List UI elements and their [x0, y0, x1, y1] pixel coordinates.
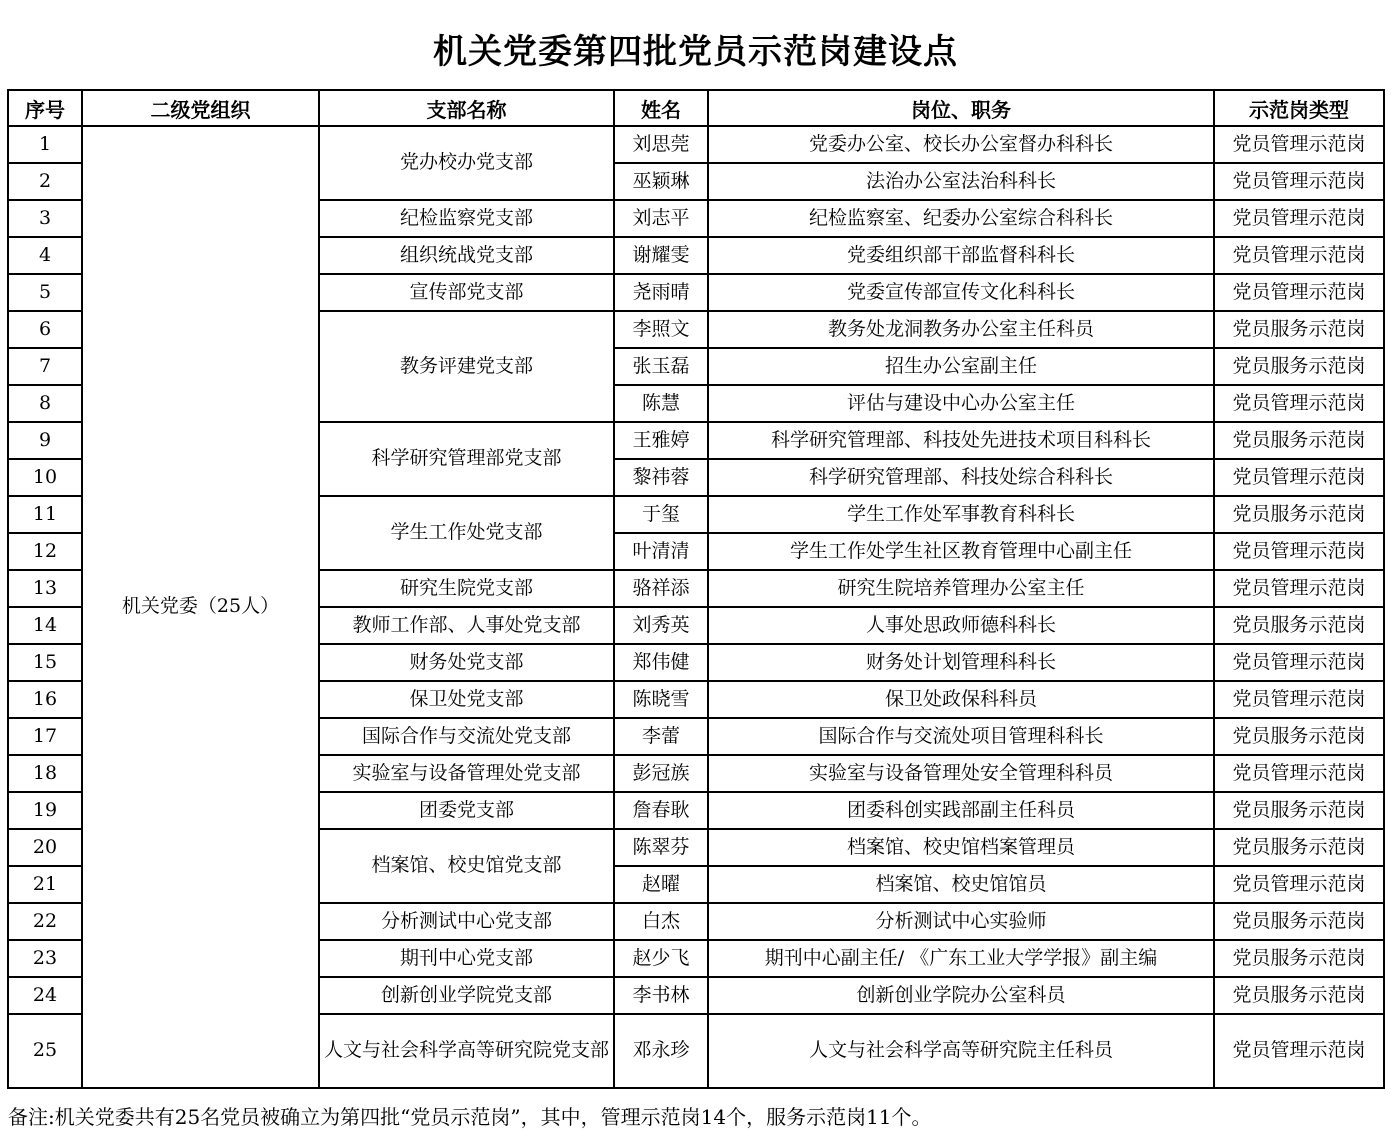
name-cell: 王雅婷: [614, 422, 708, 459]
name-cell: 于玺: [614, 496, 708, 533]
serial-cell: 5: [8, 274, 82, 311]
col-header-org: 二级党组织: [82, 90, 319, 126]
col-header-serial: 序号: [8, 90, 82, 126]
post-type-cell: 党员管理示范岗: [1214, 385, 1384, 422]
name-cell: 陈慧: [614, 385, 708, 422]
col-header-post-type: 示范岗类型: [1214, 90, 1384, 126]
serial-cell: 7: [8, 348, 82, 385]
position-cell: 实验室与设备管理处安全管理科科员: [708, 755, 1214, 792]
serial-cell: 10: [8, 459, 82, 496]
table-body: 1机关党委（25人）党办校办党支部刘思莞党委办公室、校长办公室督办科科长党员管理…: [8, 126, 1384, 1088]
post-type-cell: 党员服务示范岗: [1214, 496, 1384, 533]
position-cell: 档案馆、校史馆档案管理员: [708, 829, 1214, 866]
name-cell: 李蕾: [614, 718, 708, 755]
serial-cell: 12: [8, 533, 82, 570]
post-type-cell: 党员管理示范岗: [1214, 570, 1384, 607]
org-cell: 机关党委（25人）: [82, 126, 319, 1088]
position-cell: 学生工作处学生社区教育管理中心副主任: [708, 533, 1214, 570]
post-type-cell: 党员服务示范岗: [1214, 940, 1384, 977]
position-cell: 纪检监察室、纪委办公室综合科科长: [708, 200, 1214, 237]
serial-cell: 20: [8, 829, 82, 866]
position-cell: 评估与建设中心办公室主任: [708, 385, 1214, 422]
serial-cell: 6: [8, 311, 82, 348]
table-row: 1机关党委（25人）党办校办党支部刘思莞党委办公室、校长办公室督办科科长党员管理…: [8, 126, 1384, 163]
post-type-cell: 党员管理示范岗: [1214, 274, 1384, 311]
branch-cell: 国际合作与交流处党支部: [319, 718, 614, 755]
position-cell: 财务处计划管理科科长: [708, 644, 1214, 681]
name-cell: 李书林: [614, 977, 708, 1014]
serial-cell: 8: [8, 385, 82, 422]
post-type-cell: 党员服务示范岗: [1214, 977, 1384, 1014]
serial-cell: 15: [8, 644, 82, 681]
serial-cell: 9: [8, 422, 82, 459]
post-type-cell: 党员管理示范岗: [1214, 533, 1384, 570]
position-cell: 党委宣传部宣传文化科科长: [708, 274, 1214, 311]
branch-cell: 团委党支部: [319, 792, 614, 829]
name-cell: 赵少飞: [614, 940, 708, 977]
page-title: 机关党委第四批党员示范岗建设点: [7, 0, 1384, 89]
position-cell: 人事处思政师德科科长: [708, 607, 1214, 644]
name-cell: 黎祎蓉: [614, 459, 708, 496]
demonstration-posts-table: 序号 二级党组织 支部名称 姓名 岗位、职务 示范岗类型 1机关党委（25人）党…: [7, 89, 1385, 1089]
serial-cell: 24: [8, 977, 82, 1014]
position-cell: 党委办公室、校长办公室督办科科长: [708, 126, 1214, 163]
name-cell: 赵曜: [614, 866, 708, 903]
branch-cell: 期刊中心党支部: [319, 940, 614, 977]
serial-cell: 25: [8, 1014, 82, 1088]
position-cell: 研究生院培养管理办公室主任: [708, 570, 1214, 607]
branch-cell: 教师工作部、人事处党支部: [319, 607, 614, 644]
position-cell: 法治办公室法治科科长: [708, 163, 1214, 200]
post-type-cell: 党员管理示范岗: [1214, 459, 1384, 496]
post-type-cell: 党员服务示范岗: [1214, 718, 1384, 755]
branch-cell: 科学研究管理部党支部: [319, 422, 614, 496]
position-cell: 保卫处政保科科员: [708, 681, 1214, 718]
document-page: 机关党委第四批党员示范岗建设点 序号 二级党组织 支部名称 姓名 岗位、职务 示…: [0, 0, 1391, 1114]
post-type-cell: 党员服务示范岗: [1214, 792, 1384, 829]
branch-cell: 保卫处党支部: [319, 681, 614, 718]
post-type-cell: 党员管理示范岗: [1214, 237, 1384, 274]
serial-cell: 17: [8, 718, 82, 755]
branch-cell: 财务处党支部: [319, 644, 614, 681]
post-type-cell: 党员管理示范岗: [1214, 644, 1384, 681]
name-cell: 巫颖琳: [614, 163, 708, 200]
position-cell: 学生工作处军事教育科科长: [708, 496, 1214, 533]
serial-cell: 4: [8, 237, 82, 274]
post-type-cell: 党员服务示范岗: [1214, 903, 1384, 940]
position-cell: 档案馆、校史馆馆员: [708, 866, 1214, 903]
position-cell: 分析测试中心实验师: [708, 903, 1214, 940]
position-cell: 期刊中心副主任/ 《广东工业大学学报》副主编: [708, 940, 1214, 977]
name-cell: 李照文: [614, 311, 708, 348]
name-cell: 陈晓雪: [614, 681, 708, 718]
branch-cell: 研究生院党支部: [319, 570, 614, 607]
name-cell: 刘秀英: [614, 607, 708, 644]
serial-cell: 14: [8, 607, 82, 644]
position-cell: 科学研究管理部、科技处综合科科长: [708, 459, 1214, 496]
footnote: 备注:机关党委共有25名党员被确立为第四批“党员示范岗”，其中，管理示范岗14个…: [7, 1089, 1384, 1130]
serial-cell: 18: [8, 755, 82, 792]
position-cell: 教务处龙洞教务办公室主任科员: [708, 311, 1214, 348]
branch-cell: 纪检监察党支部: [319, 200, 614, 237]
serial-cell: 21: [8, 866, 82, 903]
name-cell: 白杰: [614, 903, 708, 940]
position-cell: 科学研究管理部、科技处先进技术项目科科长: [708, 422, 1214, 459]
col-header-position: 岗位、职务: [708, 90, 1214, 126]
branch-cell: 党办校办党支部: [319, 126, 614, 200]
name-cell: 刘思莞: [614, 126, 708, 163]
post-type-cell: 党员服务示范岗: [1214, 422, 1384, 459]
branch-cell: 创新创业学院党支部: [319, 977, 614, 1014]
post-type-cell: 党员管理示范岗: [1214, 200, 1384, 237]
post-type-cell: 党员服务示范岗: [1214, 607, 1384, 644]
serial-cell: 11: [8, 496, 82, 533]
name-cell: 陈翠芬: [614, 829, 708, 866]
position-cell: 招生办公室副主任: [708, 348, 1214, 385]
name-cell: 叶清清: [614, 533, 708, 570]
name-cell: 彭冠族: [614, 755, 708, 792]
col-header-name: 姓名: [614, 90, 708, 126]
position-cell: 创新创业学院办公室科员: [708, 977, 1214, 1014]
serial-cell: 1: [8, 126, 82, 163]
post-type-cell: 党员服务示范岗: [1214, 348, 1384, 385]
post-type-cell: 党员服务示范岗: [1214, 829, 1384, 866]
name-cell: 邓永珍: [614, 1014, 708, 1088]
post-type-cell: 党员管理示范岗: [1214, 126, 1384, 163]
serial-cell: 13: [8, 570, 82, 607]
position-cell: 人文与社会科学高等研究院主任科员: [708, 1014, 1214, 1088]
post-type-cell: 党员管理示范岗: [1214, 163, 1384, 200]
header-row: 序号 二级党组织 支部名称 姓名 岗位、职务 示范岗类型: [8, 90, 1384, 126]
name-cell: 骆祥添: [614, 570, 708, 607]
branch-cell: 组织统战党支部: [319, 237, 614, 274]
serial-cell: 3: [8, 200, 82, 237]
branch-cell: 宣传部党支部: [319, 274, 614, 311]
serial-cell: 22: [8, 903, 82, 940]
position-cell: 团委科创实践部副主任科员: [708, 792, 1214, 829]
branch-cell: 档案馆、校史馆党支部: [319, 829, 614, 903]
post-type-cell: 党员管理示范岗: [1214, 1014, 1384, 1088]
name-cell: 尧雨晴: [614, 274, 708, 311]
branch-cell: 人文与社会科学高等研究院党支部: [319, 1014, 614, 1088]
serial-cell: 2: [8, 163, 82, 200]
branch-cell: 分析测试中心党支部: [319, 903, 614, 940]
col-header-branch: 支部名称: [319, 90, 614, 126]
serial-cell: 19: [8, 792, 82, 829]
name-cell: 刘志平: [614, 200, 708, 237]
position-cell: 党委组织部干部监督科科长: [708, 237, 1214, 274]
serial-cell: 16: [8, 681, 82, 718]
post-type-cell: 党员服务示范岗: [1214, 311, 1384, 348]
post-type-cell: 党员管理示范岗: [1214, 681, 1384, 718]
name-cell: 谢耀雯: [614, 237, 708, 274]
name-cell: 张玉磊: [614, 348, 708, 385]
serial-cell: 23: [8, 940, 82, 977]
branch-cell: 教务评建党支部: [319, 311, 614, 422]
post-type-cell: 党员管理示范岗: [1214, 866, 1384, 903]
branch-cell: 实验室与设备管理处党支部: [319, 755, 614, 792]
branch-cell: 学生工作处党支部: [319, 496, 614, 570]
name-cell: 詹春耿: [614, 792, 708, 829]
position-cell: 国际合作与交流处项目管理科科长: [708, 718, 1214, 755]
name-cell: 郑伟健: [614, 644, 708, 681]
post-type-cell: 党员管理示范岗: [1214, 755, 1384, 792]
